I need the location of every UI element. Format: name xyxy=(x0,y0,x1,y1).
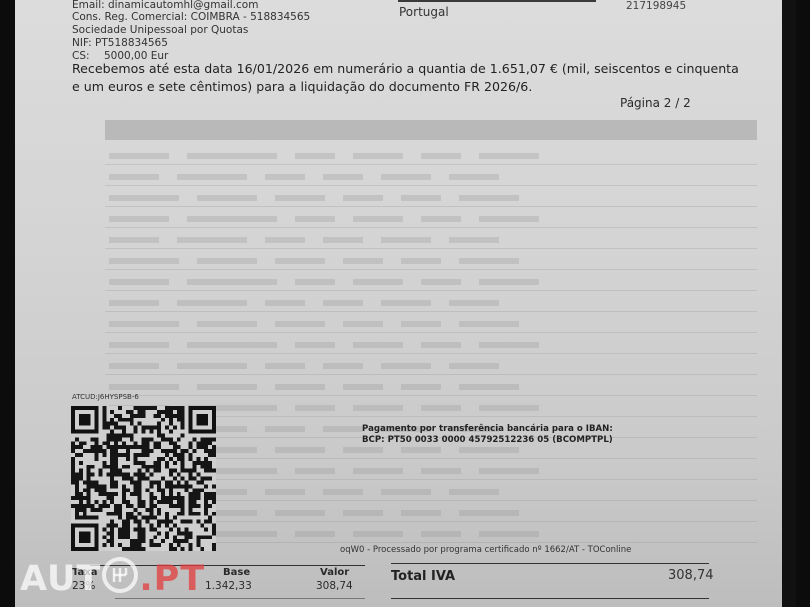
atcud-code: ATCUD:J6HYSPSB-6 xyxy=(72,393,139,401)
payment-instructions: Pagamento por transferência bancária par… xyxy=(362,424,613,446)
payment-iban: BCP: PT50 0033 0000 45792512236 05 (BCOM… xyxy=(362,435,613,446)
totals-top-rule xyxy=(391,563,709,564)
tax-header-valor: Valor xyxy=(320,567,349,578)
tax-value: 308,74 xyxy=(316,580,353,592)
gear-shift-icon xyxy=(102,557,138,593)
tax-header-base: Base xyxy=(223,567,250,578)
processing-note: oqW0 - Processado por programa certifica… xyxy=(340,545,631,555)
total-iva-label: Total IVA xyxy=(391,569,455,584)
watermark-logo: AUT.PT xyxy=(20,557,205,595)
receipt-line-2: e um euros e sete cêntimos) para a liqui… xyxy=(72,78,739,96)
watermark-pt-text: .PT xyxy=(139,559,205,599)
client-phone: 217198945 xyxy=(626,0,686,12)
photo-edge xyxy=(782,0,796,607)
company-registry: Cons. Reg. Comercial: COIMBRA - 51883456… xyxy=(72,12,310,24)
total-iva-value: 308,74 xyxy=(668,568,714,583)
payment-line-1: Pagamento por transferência bancária par… xyxy=(362,424,613,435)
company-nif: NIF: PT518834565 xyxy=(72,38,168,50)
receipt-line-1: Recebemos até esta data 16/01/2026 em nu… xyxy=(72,60,739,78)
tax-base: 1.342,33 xyxy=(205,580,252,592)
receipt-statement: Recebemos até esta data 16/01/2026 em nu… xyxy=(72,60,739,96)
watermark-auto-text: AUT xyxy=(20,559,101,599)
totals-bottom-rule xyxy=(391,598,709,599)
header-bar xyxy=(398,0,596,2)
company-email: Email: dinamicautomhl@gmail.com xyxy=(72,0,258,12)
page-number: Página 2 / 2 xyxy=(620,96,691,110)
document-page: Email: dinamicautomhl@gmail.com Cons. Re… xyxy=(15,0,796,607)
client-country: Portugal xyxy=(399,5,449,19)
company-type: Sociedade Unipessoal por Quotas xyxy=(72,25,248,37)
qr-code xyxy=(71,406,216,551)
